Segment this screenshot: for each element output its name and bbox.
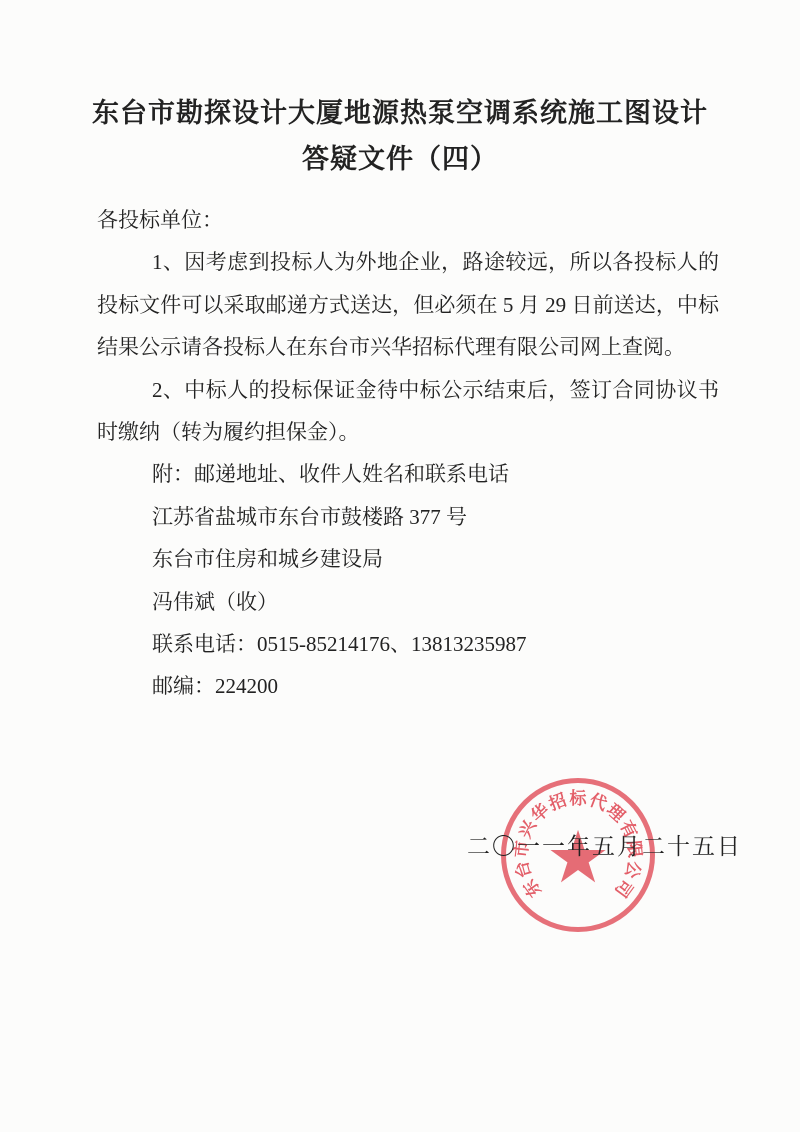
salutation: 各投标单位： xyxy=(97,199,719,241)
paragraph-1: 1、因考虑到投标人为外地企业，路途较远，所以各投标人的投标文件可以采取邮递方式送… xyxy=(97,241,719,368)
contact-phone: 联系电话：0515-85214176、13813235987 xyxy=(97,623,719,665)
document-title-line2: 答疑文件（四） xyxy=(0,136,800,182)
recipient-organization: 东台市住房和城乡建设局 xyxy=(97,538,719,580)
document-page: 东台市勘探设计大厦地源热泵空调系统施工图设计 答疑文件（四） 各投标单位： 1、… xyxy=(0,0,800,1132)
recipient-name: 冯伟斌（收） xyxy=(97,581,719,623)
document-title-line1: 东台市勘探设计大厦地源热泵空调系统施工图设计 xyxy=(0,90,800,136)
document-date: 二〇一一年五月二十五日 xyxy=(467,831,742,863)
postal-code: 邮编：224200 xyxy=(97,665,719,707)
document-body: 各投标单位： 1、因考虑到投标人为外地企业，路途较远，所以各投标人的投标文件可以… xyxy=(97,199,719,708)
attachment-heading: 附：邮递地址、收件人姓名和联系电话 xyxy=(97,453,719,495)
paragraph-2: 2、中标人的投标保证金待中标公示结束后，签订合同协议书时缴纳（转为履约担保金）。 xyxy=(97,369,719,454)
document-title: 东台市勘探设计大厦地源热泵空调系统施工图设计 答疑文件（四） xyxy=(0,90,800,182)
mailing-address: 江苏省盐城市东台市鼓楼路 377 号 xyxy=(97,496,719,538)
